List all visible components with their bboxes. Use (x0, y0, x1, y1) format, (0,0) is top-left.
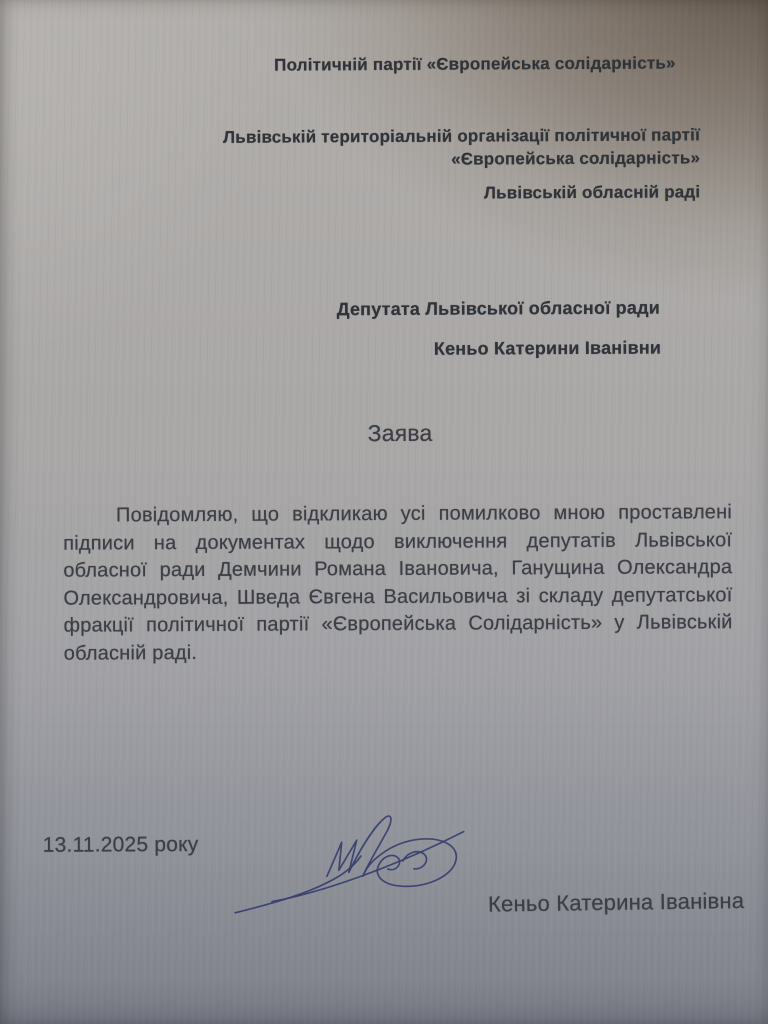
body-line: обласної ради Демчини Романа Івановича, … (63, 554, 732, 585)
body-line: обласній раді. (64, 637, 733, 668)
recipient-deputy-line2: Кеньо Катерини Іванівни (434, 338, 661, 360)
recipient-party-line2: Львівській територіальній організації по… (223, 123, 700, 148)
document-photo: Політичній партії «Європейська солідарні… (0, 0, 768, 1024)
body-line: підписи на документах щодо виключення де… (63, 527, 732, 558)
recipient-party-org: Львівській територіальній організації по… (223, 123, 700, 171)
body-line: Олександровича, Шведа Євгена Васильовича… (63, 582, 732, 613)
document-title: Заява (368, 420, 433, 447)
paper-sheet: Політичній партії «Європейська солідарні… (0, 0, 768, 1024)
handwritten-signature-icon (227, 804, 473, 920)
body-line: фракції політичної партії «Європейська С… (64, 609, 733, 640)
body-line: Повідомляю, що відкликаю усі помилково м… (63, 499, 732, 530)
recipient-party-line3: «Європейська солідарність» (223, 146, 700, 171)
recipient-party-line4: Львівській обласній раді (484, 182, 700, 203)
date-line: 13.11.2025 року (43, 833, 199, 858)
signer-name: Кеньо Катерина Іванівна (488, 888, 745, 918)
recipient-deputy-line1: Депутата Львівської обласної ради (337, 298, 660, 321)
recipient-party-line1: Політичній партії «Європейська солідарні… (274, 53, 676, 75)
body-paragraph: Повідомляю, що відкликаю усі помилково м… (63, 499, 733, 668)
